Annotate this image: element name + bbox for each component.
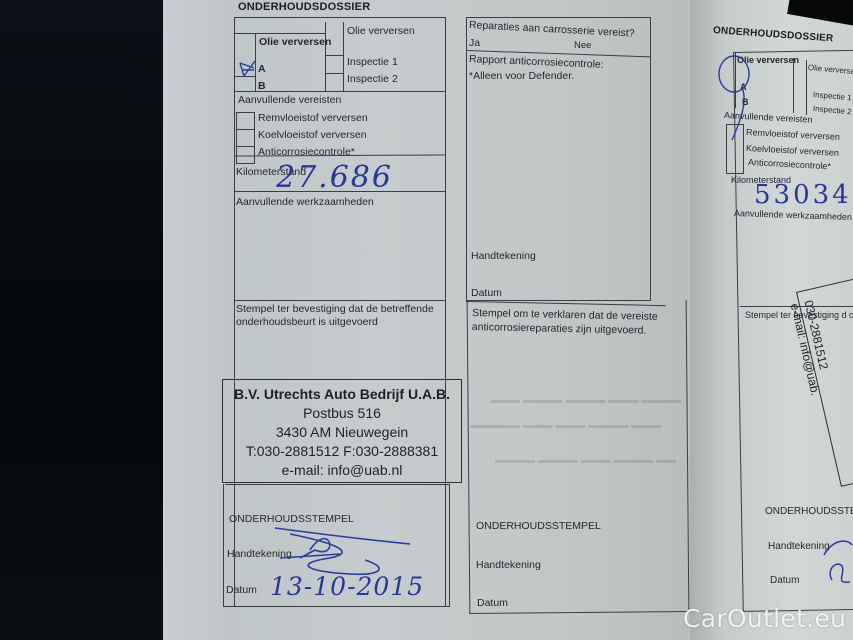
yes-label[interactable]: Ja xyxy=(469,37,480,49)
requirement-item: Remvloeistof verversen xyxy=(258,112,368,124)
right-signature-label: Handtekening xyxy=(768,541,830,552)
requirement-item: Koelvloeistof verversen xyxy=(258,129,367,141)
middle-date-label-2: Datum xyxy=(477,597,508,609)
dealer-address2: 3430 AM Nieuwegein xyxy=(223,423,461,442)
option-a-label: A xyxy=(258,63,266,75)
middle-maintenance-stamp-label: ONDERHOUDSSTEMPEL xyxy=(476,520,601,532)
right-item: Inspectie 1 xyxy=(347,56,398,68)
dealer-stamp: B.V. Utrechts Auto Bedrijf U.A.B. Postbu… xyxy=(222,379,462,483)
right-maintenance-stamp-label: ONDERHOUDSSTE xyxy=(765,506,853,517)
dark-background xyxy=(0,0,170,640)
date-handwritten: 13-10-2015 xyxy=(270,572,424,601)
dealer-address1: Postbus 516 xyxy=(223,404,461,423)
right-signature-icon xyxy=(822,530,853,590)
middle-signature-label-2: Handtekening xyxy=(476,559,541,571)
right-item: Inspectie 2 xyxy=(347,73,398,85)
left-form-heading: ONDERHOUDSDOSSIER xyxy=(238,1,370,13)
dealer-phone-fax: T:030-2881512 F:030-2888381 xyxy=(223,442,461,461)
right-mileage-handwritten: 53034 xyxy=(754,180,852,210)
middle-date-label: Datum xyxy=(471,287,502,299)
mileage-handwritten: 27.686 xyxy=(276,160,393,195)
no-label[interactable]: Nee xyxy=(574,40,591,51)
stamp-confirmation-label: Stempel ter bevestiging dat de betreffen… xyxy=(236,303,446,329)
additional-work-label: Aanvullende werkzaamheden xyxy=(236,196,374,208)
footnote: *Alleen voor Defender. xyxy=(469,70,574,82)
middle-signature-label: Handtekening xyxy=(471,250,536,262)
checkbox-a-checked-icon[interactable] xyxy=(238,60,258,78)
caroutlet-watermark: CarOutlet.eu xyxy=(683,604,846,633)
handwritten-signature-icon xyxy=(270,520,420,580)
dealer-email: e-mail: info@uab.nl xyxy=(223,461,461,480)
right-date-label: Datum xyxy=(770,575,799,586)
dealer-name: B.V. Utrechts Auto Bedrijf U.A.B. xyxy=(223,385,461,404)
right-item: Olie verversen xyxy=(347,25,415,37)
additional-requirements-title: Aanvullende vereisten xyxy=(238,94,341,106)
oil-change-label: Olie verversen xyxy=(259,36,331,48)
date-label: Datum xyxy=(226,584,257,596)
